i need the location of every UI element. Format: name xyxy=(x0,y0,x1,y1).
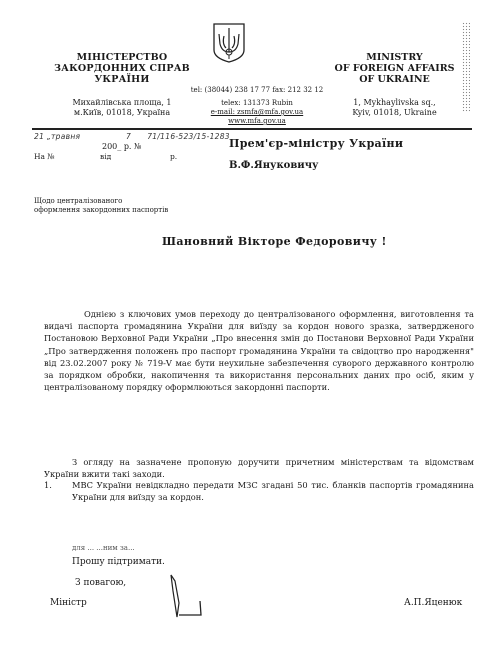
proposal-item: 1. МВС України невідкладно передати МЗС … xyxy=(44,480,474,503)
closing-fragment: для ... ...ним за... Прошу підтримати. З… xyxy=(22,525,482,649)
proposal-fragment: З огляду на зазначене пропоную доручити … xyxy=(22,435,482,540)
reference-na-label: На № xyxy=(34,152,55,161)
header-divider xyxy=(32,128,472,130)
ministry-ua-line: ЗАКОРДОННИХ СПРАВ xyxy=(52,63,192,74)
body-paragraph-text: Однією з ключових умов переходу до центр… xyxy=(44,309,474,392)
regards: З повагою, xyxy=(75,578,126,588)
support-request: Прошу підтримати. xyxy=(72,557,165,567)
proposal-section: З огляду на зазначене пропоную доручити … xyxy=(44,457,474,503)
reference-handwritten: 21 „травня 7 71/116-523/15-1283 xyxy=(34,132,230,141)
ministry-name-ua: МІНІСТЕРСТВО ЗАКОРДОННИХ СПРАВ УКРАЇНИ xyxy=(52,52,192,85)
address-en-line: 1, Mykhaylivska sq., xyxy=(322,98,467,108)
body-paragraph: Однією з ключових умов переходу до центр… xyxy=(44,308,474,393)
trident-coat-of-arms-icon xyxy=(212,22,246,64)
document-sheet: МІНІСТЕРСТВО ЗАКОРДОННИХ СПРАВ УКРАЇНИ М… xyxy=(0,0,500,659)
address-en-line: Kyiv, 01018, Ukraine xyxy=(322,108,467,118)
addressee-title: Прем'єр-міністру України xyxy=(229,137,403,150)
ministry-ua-line: МІНІСТЕРСТВО xyxy=(52,52,192,63)
proposal-item-number: 1. xyxy=(44,480,72,503)
minister-name: А.П.Яценюк xyxy=(404,598,462,608)
addressee-name: В.Ф.Януковичу xyxy=(229,160,318,171)
cut-text-fragment: для ... ...ним за... xyxy=(72,544,135,552)
website-link[interactable]: www.mfa.gov.ua xyxy=(157,117,357,126)
ministry-ua-line: УКРАЇНИ xyxy=(52,74,192,85)
handwritten-signature-icon xyxy=(167,573,207,623)
ministry-en-line: OF UKRAINE xyxy=(322,74,467,85)
reference-vid-label: від xyxy=(100,152,111,161)
letterhead-fragment: МІНІСТЕРСТВО ЗАКОРДОННИХ СПРАВ УКРАЇНИ М… xyxy=(22,10,482,300)
scan-noise xyxy=(462,22,470,112)
proposal-intro-text: З огляду на зазначене пропоную доручити … xyxy=(44,457,474,479)
minister-title: Міністр xyxy=(50,598,87,608)
handwritten-number: 71/116-523/15-1283 xyxy=(147,132,230,141)
paragraph-fragment: Однією з ключових умов переходу до центр… xyxy=(22,278,482,458)
salutation: Шановний Вікторе Федоровичу ! xyxy=(162,235,387,248)
reference-r-label: р. xyxy=(170,152,177,161)
handwritten-year: 7 xyxy=(126,132,131,141)
ministry-en-line: MINISTRY xyxy=(322,52,467,63)
reference-date-number: 200_ р. № xyxy=(102,142,142,151)
ministry-name-en: MINISTRY OF FOREIGN AFFAIRS OF UKRAINE xyxy=(322,52,467,85)
proposal-item-text: МВС України невідкладно передати МЗС зга… xyxy=(72,480,474,503)
handwritten-date: 21 „травня xyxy=(34,132,80,141)
proposal-intro: З огляду на зазначене пропоную доручити … xyxy=(44,457,474,480)
ministry-en-line: OF FOREIGN AFFAIRS xyxy=(322,63,467,74)
address-en: 1, Mykhaylivska sq., Kyiv, 01018, Ukrain… xyxy=(322,98,467,118)
tel-fax: tel: (38044) 238 17 77 fax: 212 32 12 xyxy=(157,86,357,95)
subject-line-text: оформлення закордонних паспортів xyxy=(34,206,168,215)
subject-line: Щодо централізованого оформлення закордо… xyxy=(34,197,168,215)
subject-line-text: Щодо централізованого xyxy=(34,197,168,206)
